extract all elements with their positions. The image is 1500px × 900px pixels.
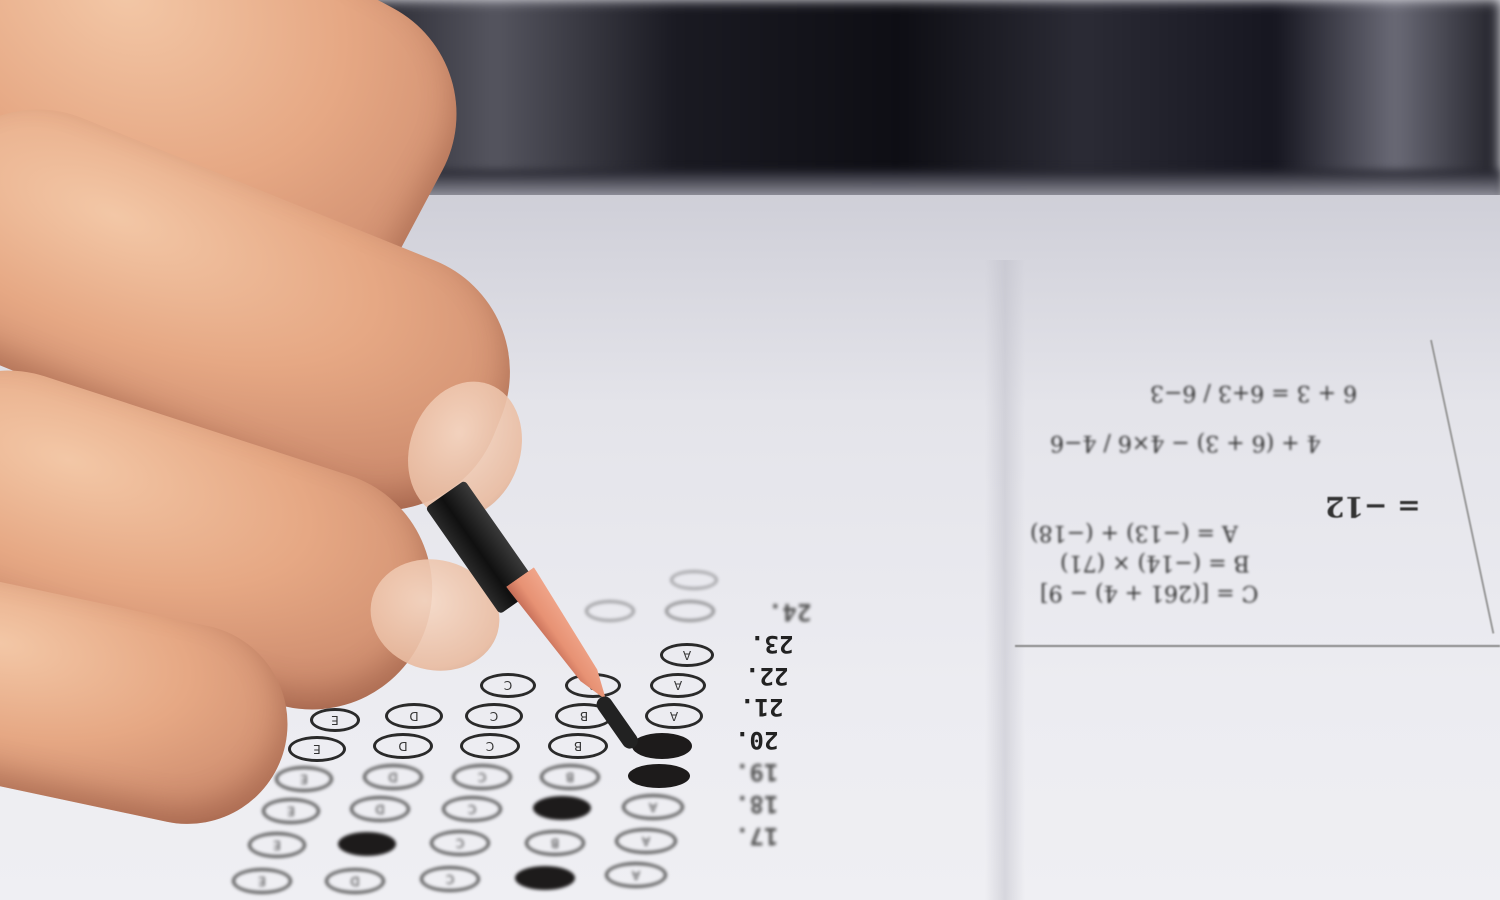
bubble-a: A (622, 794, 684, 820)
bubble-e: E (262, 798, 320, 824)
photo-scene: 24. 23. 22. 21. 20. 19. 18. 17. A A B C … (0, 0, 1500, 900)
bubble-a: A (645, 703, 703, 729)
equation-line: C = [(261 + 4) − 9] (1040, 580, 1258, 605)
question-number: 17. (735, 822, 778, 850)
question-number: 22. (745, 662, 788, 690)
question-number: 19. (735, 758, 778, 786)
question-number: 18. (735, 790, 778, 818)
bubble-a: A (605, 862, 667, 888)
question-number: 20. (735, 726, 778, 754)
bubble-d: D (325, 868, 385, 894)
equation-line: 4 + (6 + 3) − 4×6 / 4−6 (1050, 430, 1321, 455)
question-number: 24. (768, 598, 811, 626)
table-rule-line (1015, 645, 1500, 647)
bubble-b: B (525, 830, 585, 856)
question-paper-text: A = (−13) + (−18) B = (−14) × (71) C = [… (1020, 340, 1480, 900)
equation-line: A = (−13) + (−18) (1030, 520, 1238, 545)
bubble-filled (628, 764, 690, 788)
hand (0, 0, 600, 800)
bubble-e: E (232, 868, 292, 894)
equation-line: B = (−14) × (71) (1060, 550, 1250, 575)
equation-line: 6 + 3 = 6+3 / 6−3 (1150, 380, 1357, 405)
bubble-e: E (248, 832, 306, 858)
bubble-filled (632, 733, 692, 759)
bubble-a (665, 600, 715, 622)
equation-result: = −12 (1325, 490, 1421, 523)
bubble-c: C (430, 830, 490, 856)
bubble-a (670, 570, 718, 590)
question-number: 23. (750, 630, 793, 658)
bubble-filled (338, 832, 396, 856)
bubble-a: A (660, 643, 714, 667)
bubble-filled (515, 866, 575, 890)
bubble-a: A (615, 828, 677, 854)
bubble-a: A (650, 673, 706, 698)
question-number: 21. (740, 693, 783, 721)
bubble-c: C (420, 866, 480, 892)
